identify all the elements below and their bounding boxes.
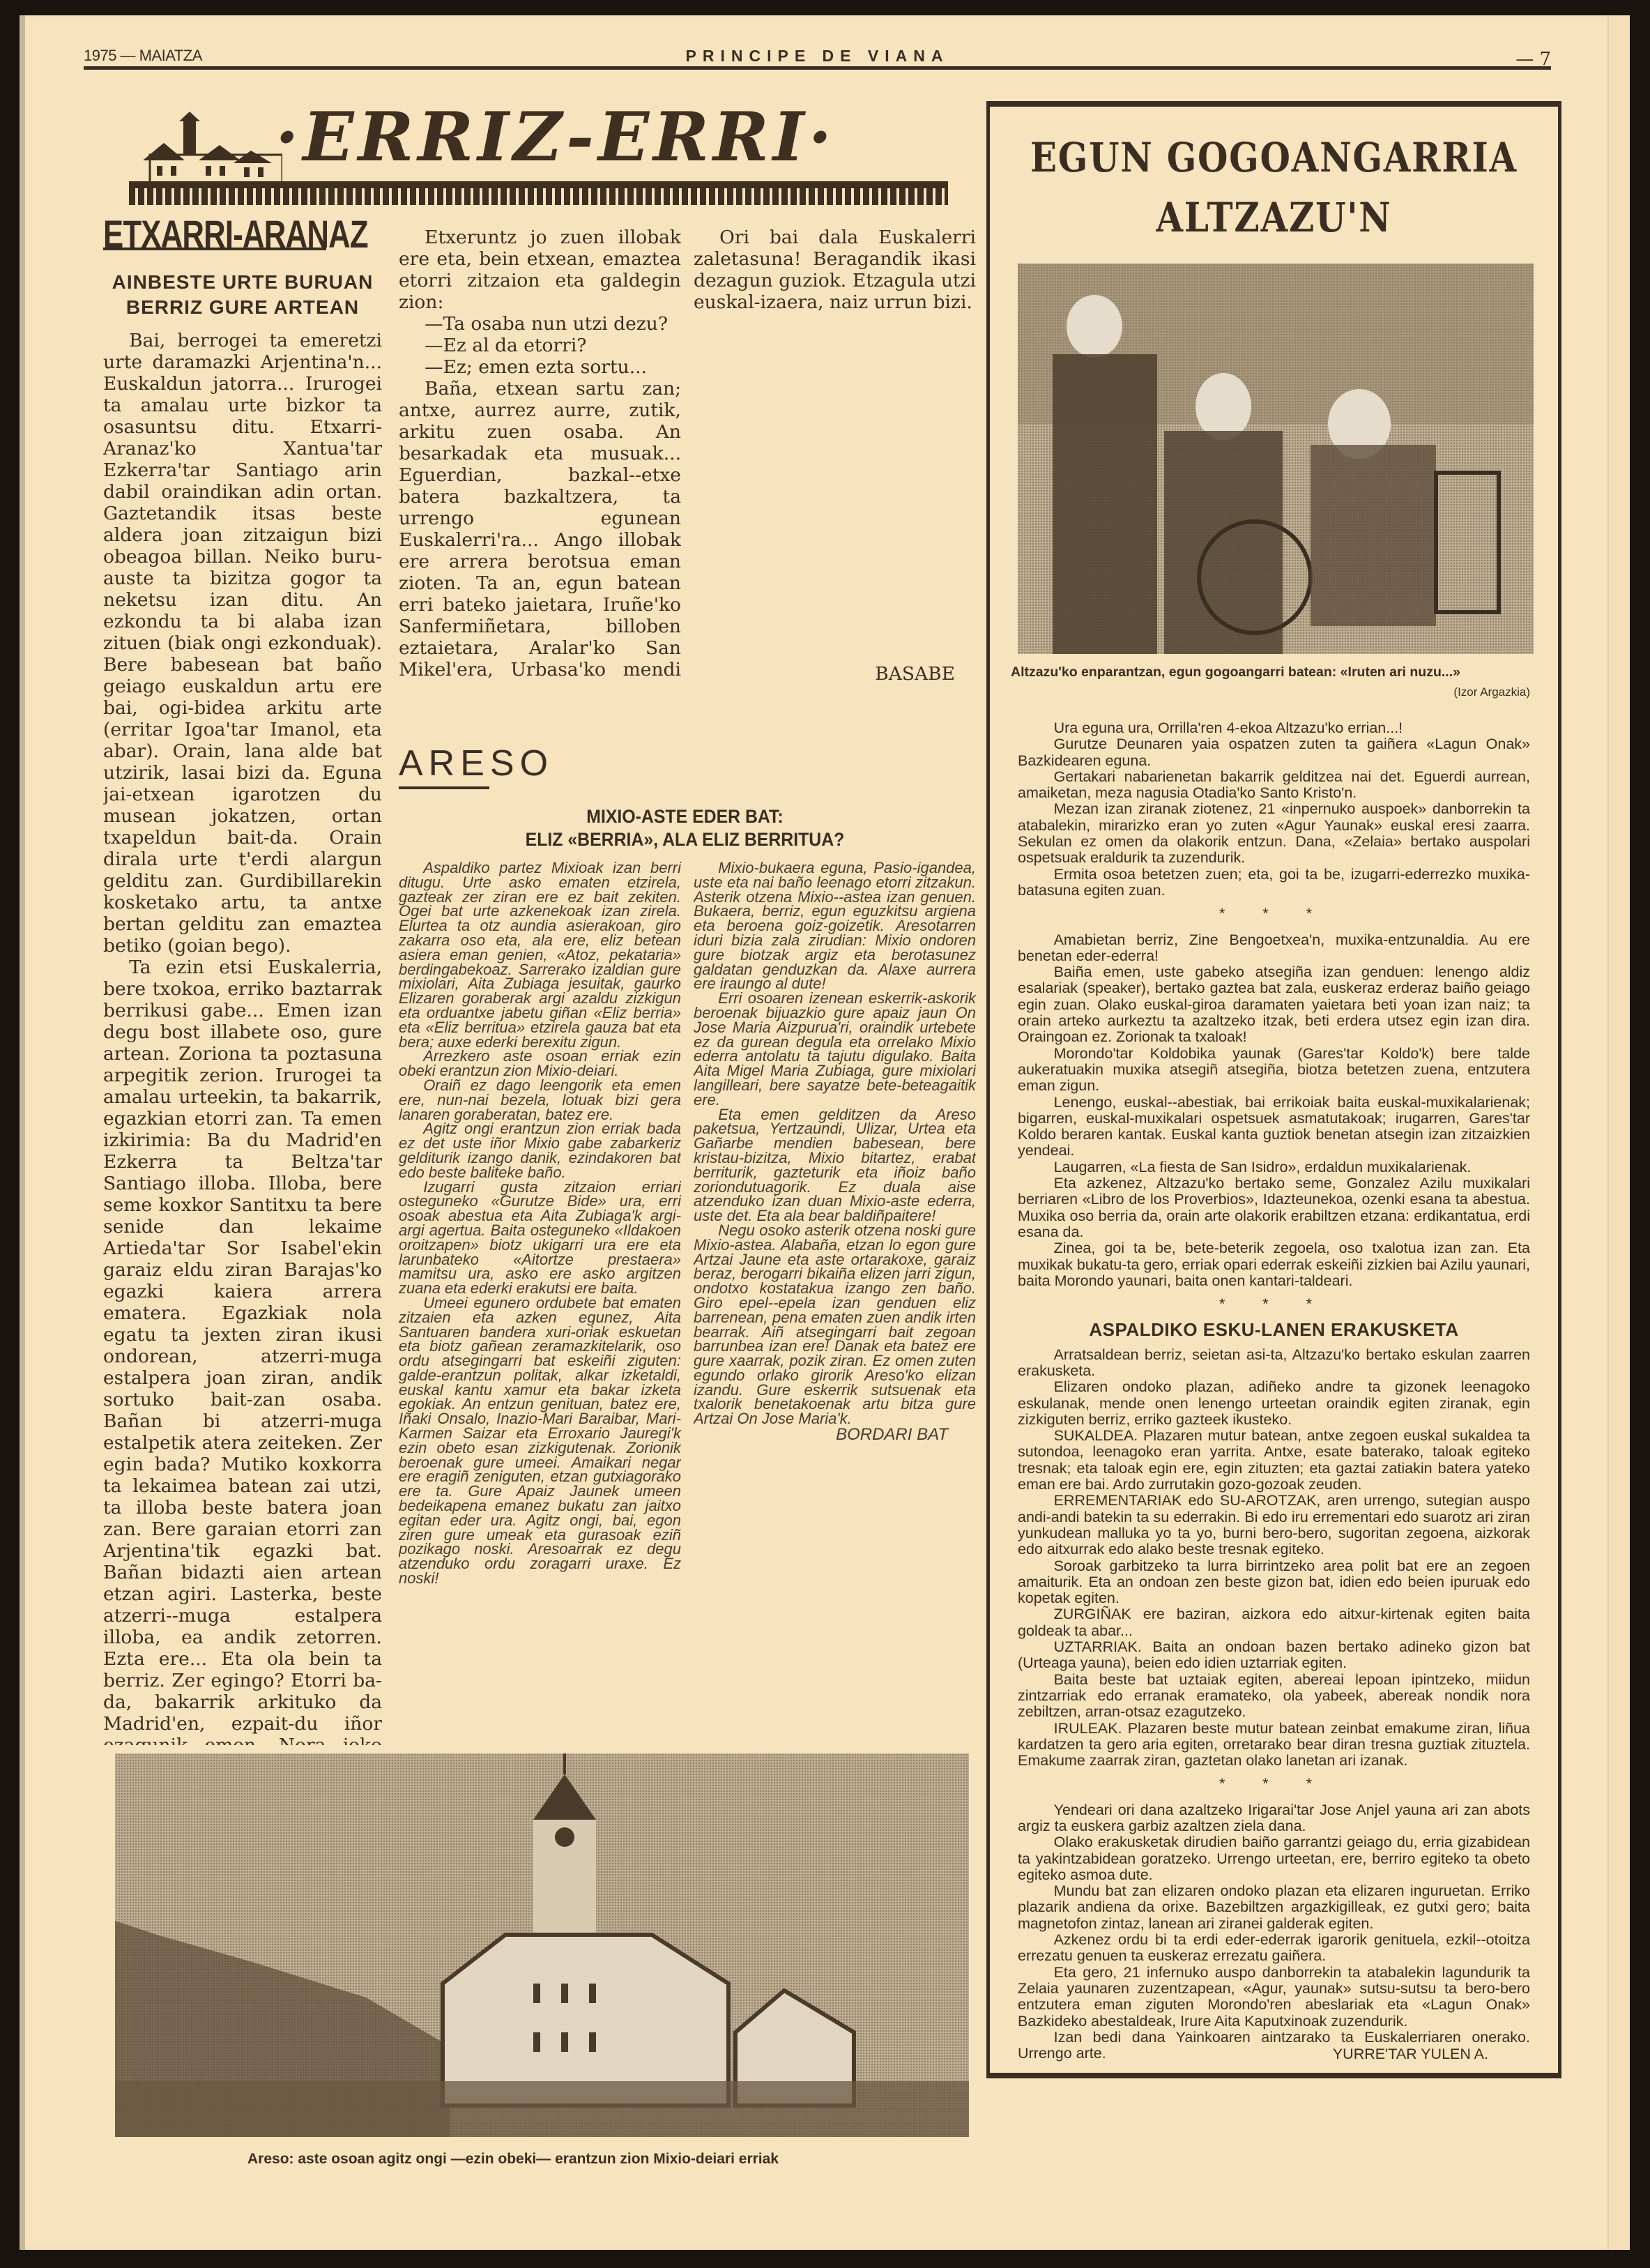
- paragraph: Mundu bat zan elizaren ondoko plazan eta…: [1018, 1883, 1530, 1932]
- paragraph: Agitz ongi erantzun zion erriak bada ez …: [399, 1122, 681, 1180]
- church-tower-photo: [115, 1753, 969, 2137]
- paragraph: UZTARRIAK. Baita an ondoan bazen bertako…: [1018, 1639, 1530, 1672]
- paragraph: Bai, berrogei ta emeretzi urte daramazki…: [103, 330, 382, 957]
- areso-subtitle: MIXIO-ASTE EDER BAT: ELIZ «BERRIA», ALA …: [414, 805, 956, 851]
- paragraph: Baiña emen, uste gabeko atsegiña izan ge…: [1018, 964, 1530, 1045]
- paragraph: Eta azkenez, Altzazu'ko bertako seme, Go…: [1018, 1175, 1530, 1240]
- fence-decoration: [129, 181, 948, 205]
- areso-body-col1: Aspaldiko partez Mixioak izan berri ditu…: [399, 861, 681, 1740]
- paragraph: Arratsaldean berriz, seietan asi-ta, Alt…: [1018, 1347, 1530, 1380]
- author-signature: BORDARI BAT: [694, 1428, 976, 1443]
- paragraph: Zinea, goi ta be, bete-beterik zegoela, …: [1018, 1240, 1530, 1289]
- section-divider: * * *: [1018, 1296, 1530, 1312]
- paragraph: Lenengo, euskal--abestiak, bai errikoiak…: [1018, 1095, 1530, 1159]
- paragraph: Ermita osoa betetzen zuen; eta, goi ta b…: [1018, 867, 1530, 899]
- etxarri-body-col1: Bai, berrogei ta emeretzi urte daramazki…: [103, 330, 382, 1745]
- altzazu-article-box: EGUN GOGOANGARRIA ALTZAZU'N Altzazu'ko e…: [986, 101, 1561, 2078]
- paragraph: Oraiñ ez dago leengorik eta emen ere, nu…: [399, 1079, 681, 1122]
- paragraph: Gertakari nabarienetan bakarrik gelditze…: [1018, 769, 1530, 802]
- photo-credit: (Izor Argazkia): [1453, 685, 1530, 699]
- dialogue-line: —Ez al da etorri?: [399, 335, 681, 356]
- paragraph: SUKALDEA. Plazaren mutur batean, antxe z…: [1018, 1428, 1530, 1493]
- paragraph: Yendeari ori dana azaltzeko Irigarai'tar…: [1018, 1802, 1530, 1835]
- paragraph: Mixio-bukaera eguna, Pasio-igandea, uste…: [694, 861, 976, 991]
- paragraph: ERREMENTARIAK edo SU-AROTZAK, aren urren…: [1018, 1493, 1530, 1558]
- paragraph: Elizaren ondoko plazan, adiñeko andre ta…: [1018, 1379, 1530, 1428]
- altzazu-body: Ura eguna ura, Orrilla'ren 4-ekoa Altzaz…: [1018, 720, 1530, 2063]
- areso-body-col2: Mixio-bukaera eguna, Pasio-igandea, uste…: [694, 861, 976, 1733]
- running-header: 1975 — MAIATZA PRINCIPE DE VIANA — 7: [84, 31, 1551, 70]
- etxarri-article-cont2: Ori bai dala Euskalerri zaletasuna! Bera…: [694, 227, 976, 685]
- title-rule: [399, 786, 489, 789]
- etxarri-article-cont: Etxeruntz jo zuen illobak ere eta, bein …: [399, 227, 681, 678]
- etxarri-body-col3: Ori bai dala Euskalerri zaletasuna! Bera…: [694, 227, 976, 652]
- paragraph: Baña, etxean sartu zan; antxe, aurrez au…: [399, 378, 681, 678]
- photo-caption-areso: Areso: aste osoan agitz ongi —ezin obeki…: [247, 2151, 779, 2168]
- page-gutter: [20, 15, 25, 2250]
- section-divider: * * *: [1018, 1776, 1530, 1792]
- section-divider: * * *: [1018, 906, 1530, 922]
- paragraph: Izugarri gusta zitzaion erriari ostegune…: [399, 1180, 681, 1296]
- photo-caption-altzazu: Altzazu'ko enparantzan, egun gogoangarri…: [1011, 664, 1460, 680]
- author-signature: BASABE: [694, 663, 976, 685]
- publication-name: PRINCIPE DE VIANA: [84, 47, 1551, 66]
- etxarri-body-col2: Baña, etxean sartu zan; antxe, aurrez au…: [399, 378, 681, 678]
- paragraph: Aspaldiko partez Mixioak izan berri ditu…: [399, 861, 681, 1049]
- paragraph: Eta emen gelditzen da Areso paketsua, Ye…: [694, 1108, 976, 1224]
- village-church-icon: [129, 112, 282, 188]
- etxarri-article: ETXARRI-ARANAZ AINBESTE URTE BURUAN BERR…: [103, 223, 382, 1745]
- spinning-scene-illustration: [1018, 264, 1534, 654]
- paragraph: Etxeruntz jo zuen illobak ere eta, bein …: [399, 227, 681, 313]
- etxarri-subtitle: AINBESTE URTE BURUAN BERRIZ GURE ARTEAN: [103, 270, 382, 320]
- dialogue-line: —Ta osaba nun utzi dezu?: [399, 313, 681, 335]
- paragraph: Ta ezin etsi Euskalerria, bere txokoa, e…: [103, 957, 382, 1745]
- section-masthead: ·ERRIZ-ERRI·: [122, 98, 952, 202]
- section-title-areso: ARESO: [399, 743, 553, 784]
- church-illustration: [115, 1753, 969, 2137]
- paragraph: Soroak garbitzeko ta lurra birrintzeko a…: [1018, 1558, 1530, 1607]
- paragraph: Eta gero, 21 infernuko auspo danborrekin…: [1018, 1965, 1530, 2030]
- paragraph: Gurutze Deunaren yaia ospatzen zuten ta …: [1018, 736, 1530, 769]
- paragraph: Arrezkero aste osoan erriak ezin obeki e…: [399, 1049, 681, 1079]
- paragraph: Ori bai dala Euskalerri zaletasuna! Bera…: [694, 227, 976, 313]
- paragraph: Morondo'tar Koldobika yaunak (Gares'tar …: [1018, 1046, 1530, 1095]
- dialogue-line: —Ez; emen ezta sortu...: [399, 356, 681, 378]
- altzazu-title: EGUN GOGOANGARRIA ALTZAZU'N: [1030, 128, 1518, 248]
- page-edge: [1607, 15, 1630, 2250]
- spinning-women-photo: [1018, 264, 1534, 654]
- paragraph: Ura eguna ura, Orrilla'ren 4-ekoa Altzaz…: [1018, 720, 1530, 736]
- paragraph: Amabietan berriz, Zine Bengoetxea'n, mux…: [1018, 932, 1530, 965]
- paragraph: Baita beste bat uztaiak egiten, abereai …: [1018, 1672, 1530, 1721]
- paragraph: Laugarren, «La fiesta de San Isidro», er…: [1018, 1159, 1530, 1175]
- paragraph: Mezan izan ziranak ziotenez, 21 «inpernu…: [1018, 801, 1530, 866]
- paragraph: Negu osoko asterik otzena noski gure Mix…: [694, 1224, 976, 1426]
- page-number: — 7: [1515, 49, 1551, 70]
- exhibit-heading: ASPALDIKO ESKU-LANEN ERAKUSKETA: [1018, 1322, 1530, 1338]
- paragraph: IRULEAK. Plazaren beste mutur batean zei…: [1018, 1721, 1530, 1770]
- section-title-etxarri: ETXARRI-ARANAZ: [103, 223, 321, 245]
- paragraph: Azkenez ordu bi ta erdi eder-ederrak iga…: [1018, 1932, 1530, 1965]
- paragraph: Erri osoaren izenean eskerrik-askorik be…: [694, 991, 976, 1107]
- paragraph: ZURGIÑAK ere baziran, aizkora edo aitxur…: [1018, 1606, 1530, 1639]
- masthead-title: ·ERRIZ-ERRI·: [275, 98, 836, 176]
- paragraph: Umeei egunero ordubete bat ematen zitzai…: [399, 1296, 681, 1586]
- paragraph: Olako erakusketak dirudien baiño garrant…: [1018, 1834, 1530, 1883]
